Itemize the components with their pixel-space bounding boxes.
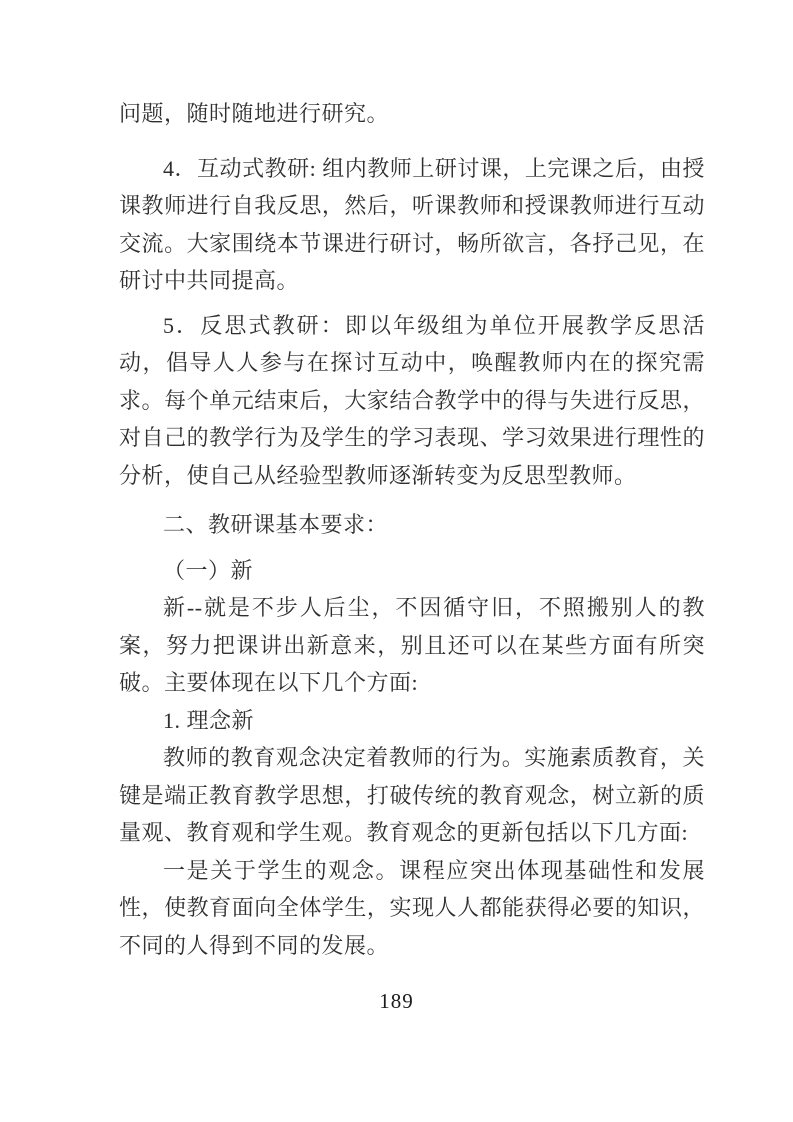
page-number: 189 [0, 989, 793, 1013]
document-page: 问题，随时随地进行研究。 4．互动式教研: 组内教师上研讨课，上完课之后，由授课… [0, 0, 793, 1122]
subsection-heading-new: （一）新 [119, 552, 705, 590]
paragraph-new-description: 新--就是不步人后尘，不因循守旧，不照搬别人的教案，努力把课讲出新意来，别且还可… [119, 589, 705, 702]
paragraph-continuation: 问题，随时随地进行研究。 [119, 95, 705, 133]
document-body: 问题，随时随地进行研究。 4．互动式教研: 组内教师上研讨课，上完课之后，由授课… [119, 95, 705, 964]
paragraph-item-4-interactive-research: 4．互动式教研: 组内教师上研讨课，上完课之后，由授课教师进行自我反思，然后，听… [119, 150, 705, 300]
paragraph-item-5-reflective-research: 5．反思式教研：即以年级组为单位开展教学反思活动，倡导人人参与在探讨互动中，唤醒… [119, 307, 705, 495]
paragraph-student-view: 一是关于学生的观念。课程应突出体现基础性和发展性，使教育面向全体学生，实现人人都… [119, 852, 705, 965]
paragraph-concept-description: 教师的教育观念决定着教师的行为。实施素质教育，关键是端正教育教学思想，打破传统的… [119, 739, 705, 852]
list-heading-concept-new: 1. 理念新 [119, 702, 705, 740]
section-heading-basic-requirements: 二、教研课基本要求： [119, 506, 705, 544]
